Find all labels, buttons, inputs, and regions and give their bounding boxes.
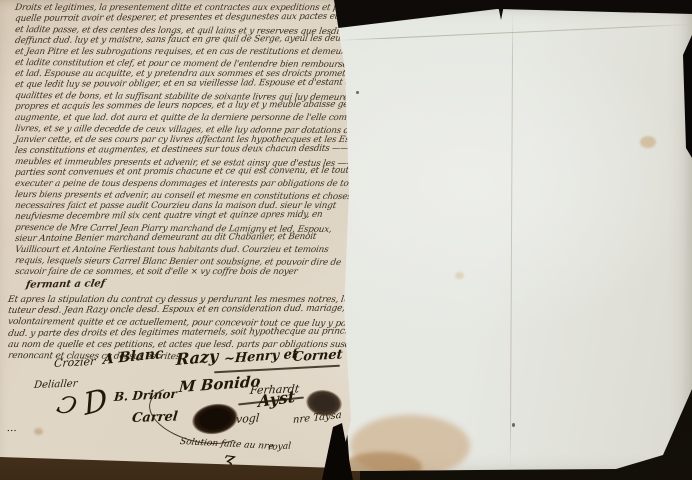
manuscript-text-block: Droits et legitimes, la presentement dit… — [15, 3, 360, 278]
folio-number: 113 — [645, 3, 661, 13]
signature: D — [82, 382, 109, 423]
manuscript-line: deffunct dud. luy et y maistre, sans fau… — [14, 34, 361, 47]
manuscript-line: neufviesme decembre mil six cent quatre … — [14, 210, 361, 223]
signature: Crozier — [53, 355, 95, 370]
codicil-line: tuteur desd. Jean Razy oncle desd. Espou… — [7, 304, 361, 318]
water-stain — [34, 428, 43, 435]
signature: Razy — [175, 346, 218, 369]
manuscript-line: les constitutions et augmentes, et desti… — [14, 144, 361, 157]
page-fold-crease-horizontal — [336, 24, 692, 41]
manuscript-line: Vuillicourt et Antoine Ferliestant tous … — [14, 245, 361, 256]
page-fold-crease-vertical — [510, 12, 513, 470]
ink-speck — [356, 91, 359, 94]
manuscript-line: scavoir faire de ce sommes, et soit d'el… — [14, 267, 361, 278]
signature: Ɔ — [54, 391, 81, 421]
manuscript-line: et que ledit luy se pouvoir obliger, et … — [14, 78, 361, 91]
signature: Delialler — [33, 378, 78, 391]
signature: … — [6, 423, 18, 434]
signature: Cornet — [292, 347, 343, 365]
water-stain — [640, 136, 656, 148]
manuscript-line: propres et acquis les sommes de leurs no… — [14, 100, 361, 113]
closing-line: fermant a clef — [25, 278, 106, 290]
manuscript-line: parties sont convenues et ont promis cha… — [14, 166, 361, 179]
signature: royal — [268, 441, 292, 453]
photo-backdrop: 113 Droits et legitimes, la presentement… — [0, 0, 692, 480]
ink-speck — [512, 423, 515, 427]
water-stain — [455, 272, 464, 279]
codicil-line: dud. y parte des droits et des legitimes… — [7, 326, 361, 340]
manuscript-line: sieur Antoine Benier marchand demeurant … — [14, 232, 361, 245]
manuscript-line: augmente, et que lad. dot aura et quitte… — [14, 113, 361, 124]
manuscript-line: executer a peine de tous despens dommage… — [14, 179, 361, 190]
manuscript-line: quelle pourroit avoir et desperer, et pr… — [14, 12, 361, 25]
manuscript-line: et Jean Pitre et les subrogations requis… — [14, 47, 361, 58]
